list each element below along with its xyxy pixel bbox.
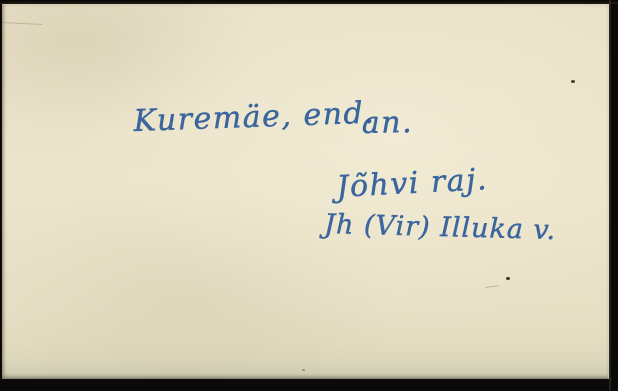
scanned-photo-background: Kuremäe, end. an. Jõhvi raj. Jh (Vir) Il… (0, 0, 618, 391)
handwriting-district: Jõhvi raj. (330, 162, 489, 205)
handwriting-layer: Kuremäe, end. an. Jõhvi raj. Jh (Vir) Il… (0, 0, 618, 391)
handwriting-abbreviation: an. (362, 105, 414, 141)
handwriting-place-name: Kuremäe, end. (132, 96, 376, 139)
handwriting-parish: Jh (Vir) Illuka v. (319, 209, 557, 246)
